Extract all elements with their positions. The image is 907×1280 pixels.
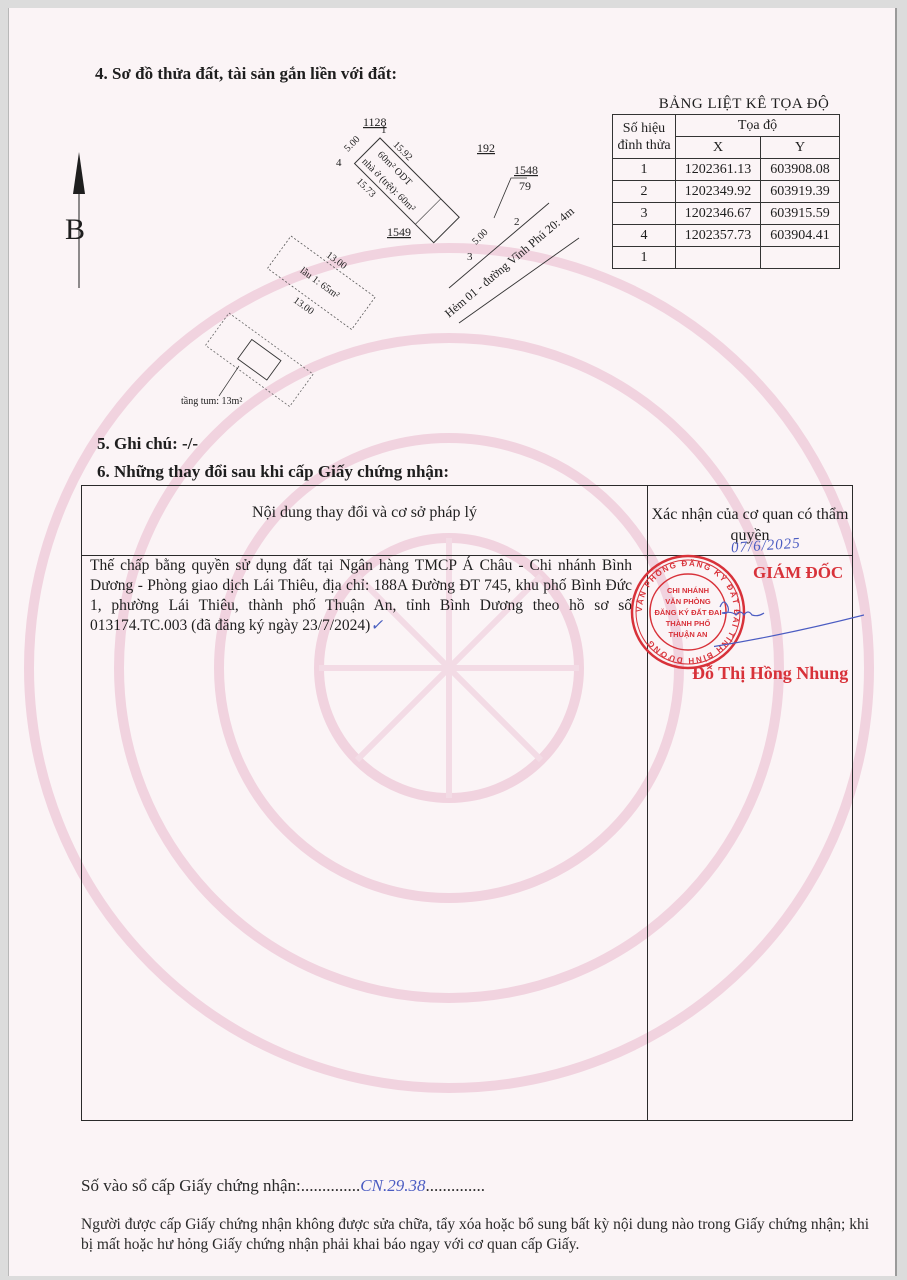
corner-3: 3 <box>467 251 473 263</box>
notice-text: Người được cấp Giấy chứng nhận không đượ… <box>81 1215 871 1255</box>
parcel-diagram: 15.92 15.73 60m² ODT nhà ở (trệt): 60m² … <box>159 108 619 418</box>
col-x-header: X <box>676 137 761 159</box>
sheet-79: 79 <box>519 179 531 193</box>
corner-2: 2 <box>514 216 520 228</box>
change-entry: Thế chấp bằng quyền sử dụng đất tại Ngân… <box>90 556 632 636</box>
edge-5-00-front: 5.00 <box>470 227 490 247</box>
section-6-heading: 6. Những thay đổi sau khi cấp Giấy chứng… <box>97 462 449 482</box>
north-label: B <box>65 213 85 247</box>
svg-text:13.00: 13.00 <box>291 295 316 317</box>
registry-label: Số vào sổ cấp Giấy chứng nhận: <box>81 1176 301 1195</box>
initial-mark: ✓ <box>370 617 383 634</box>
signer-name: Đỗ Thị Hồng Nhung <box>692 663 848 684</box>
col-coord-header: Tọa độ <box>676 115 840 137</box>
signature-scribble <box>714 593 864 673</box>
corner-4: 4 <box>336 157 342 169</box>
table-row: 2 1202349.92 603919.39 <box>613 181 840 203</box>
svg-text:ĐĂNG KÝ ĐẤT ĐAI: ĐĂNG KÝ ĐẤT ĐAI <box>654 607 721 617</box>
coord-table-title: BẢNG LIỆT KÊ TỌA ĐỘ <box>639 96 849 113</box>
registry-number-line: Số vào sổ cấp Giấy chứng nhận:..........… <box>81 1176 485 1196</box>
col-point-header: Số hiệu đỉnh thửa <box>613 115 676 159</box>
road-label: Hẻm 01 - đường Vĩnh Phú 20: 4m <box>442 204 577 321</box>
change-entry-text: Thế chấp bằng quyền sử dụng đất tại Ngân… <box>90 557 632 634</box>
svg-text:13.00: 13.00 <box>324 250 349 272</box>
svg-text:CHI NHÁNH: CHI NHÁNH <box>667 586 709 595</box>
section-4-heading: 4. Sơ đồ thửa đất, tài sản gắn liền với … <box>95 64 397 84</box>
table-row: 1 1202361.13 603908.08 <box>613 159 840 181</box>
svg-text:VĂN PHÒNG: VĂN PHÒNG <box>665 597 711 606</box>
col-y-header: Y <box>761 137 840 159</box>
table-row: 4 1202357.73 603904.41 <box>613 225 840 247</box>
svg-text:THUẬN AN: THUẬN AN <box>669 630 708 639</box>
parcel-1128: 1128 <box>363 115 387 129</box>
edge-5-00-top: 5.00 <box>342 134 362 154</box>
parcel-1548: 1548 <box>514 163 538 177</box>
parcel-192: 192 <box>477 141 495 155</box>
section-5-heading: 5. Ghi chú: -/- <box>97 434 198 454</box>
content-column-header: Nội dung thay đổi và cơ sở pháp lý <box>82 504 647 522</box>
certificate-page: 4. Sơ đồ thửa đất, tài sản gắn liền với … <box>8 8 897 1276</box>
coord-table: Số hiệu đỉnh thửa Tọa độ X Y 1 1202361.1… <box>612 114 840 269</box>
roof-floor-label: tầng tum: 13m² <box>181 396 242 407</box>
floor1-label: lầu 1: 65m² <box>298 265 342 301</box>
parcel-1549: 1549 <box>387 225 411 239</box>
registry-number: CN.29.38 <box>360 1176 425 1195</box>
table-row: 1 <box>613 247 840 269</box>
table-row: 3 1202346.67 603915.59 <box>613 203 840 225</box>
svg-text:THÀNH PHỐ: THÀNH PHỐ <box>666 618 711 628</box>
edge-15-73: 15.73 <box>354 176 378 200</box>
signer-title: GIÁM ĐỐC <box>753 563 843 583</box>
